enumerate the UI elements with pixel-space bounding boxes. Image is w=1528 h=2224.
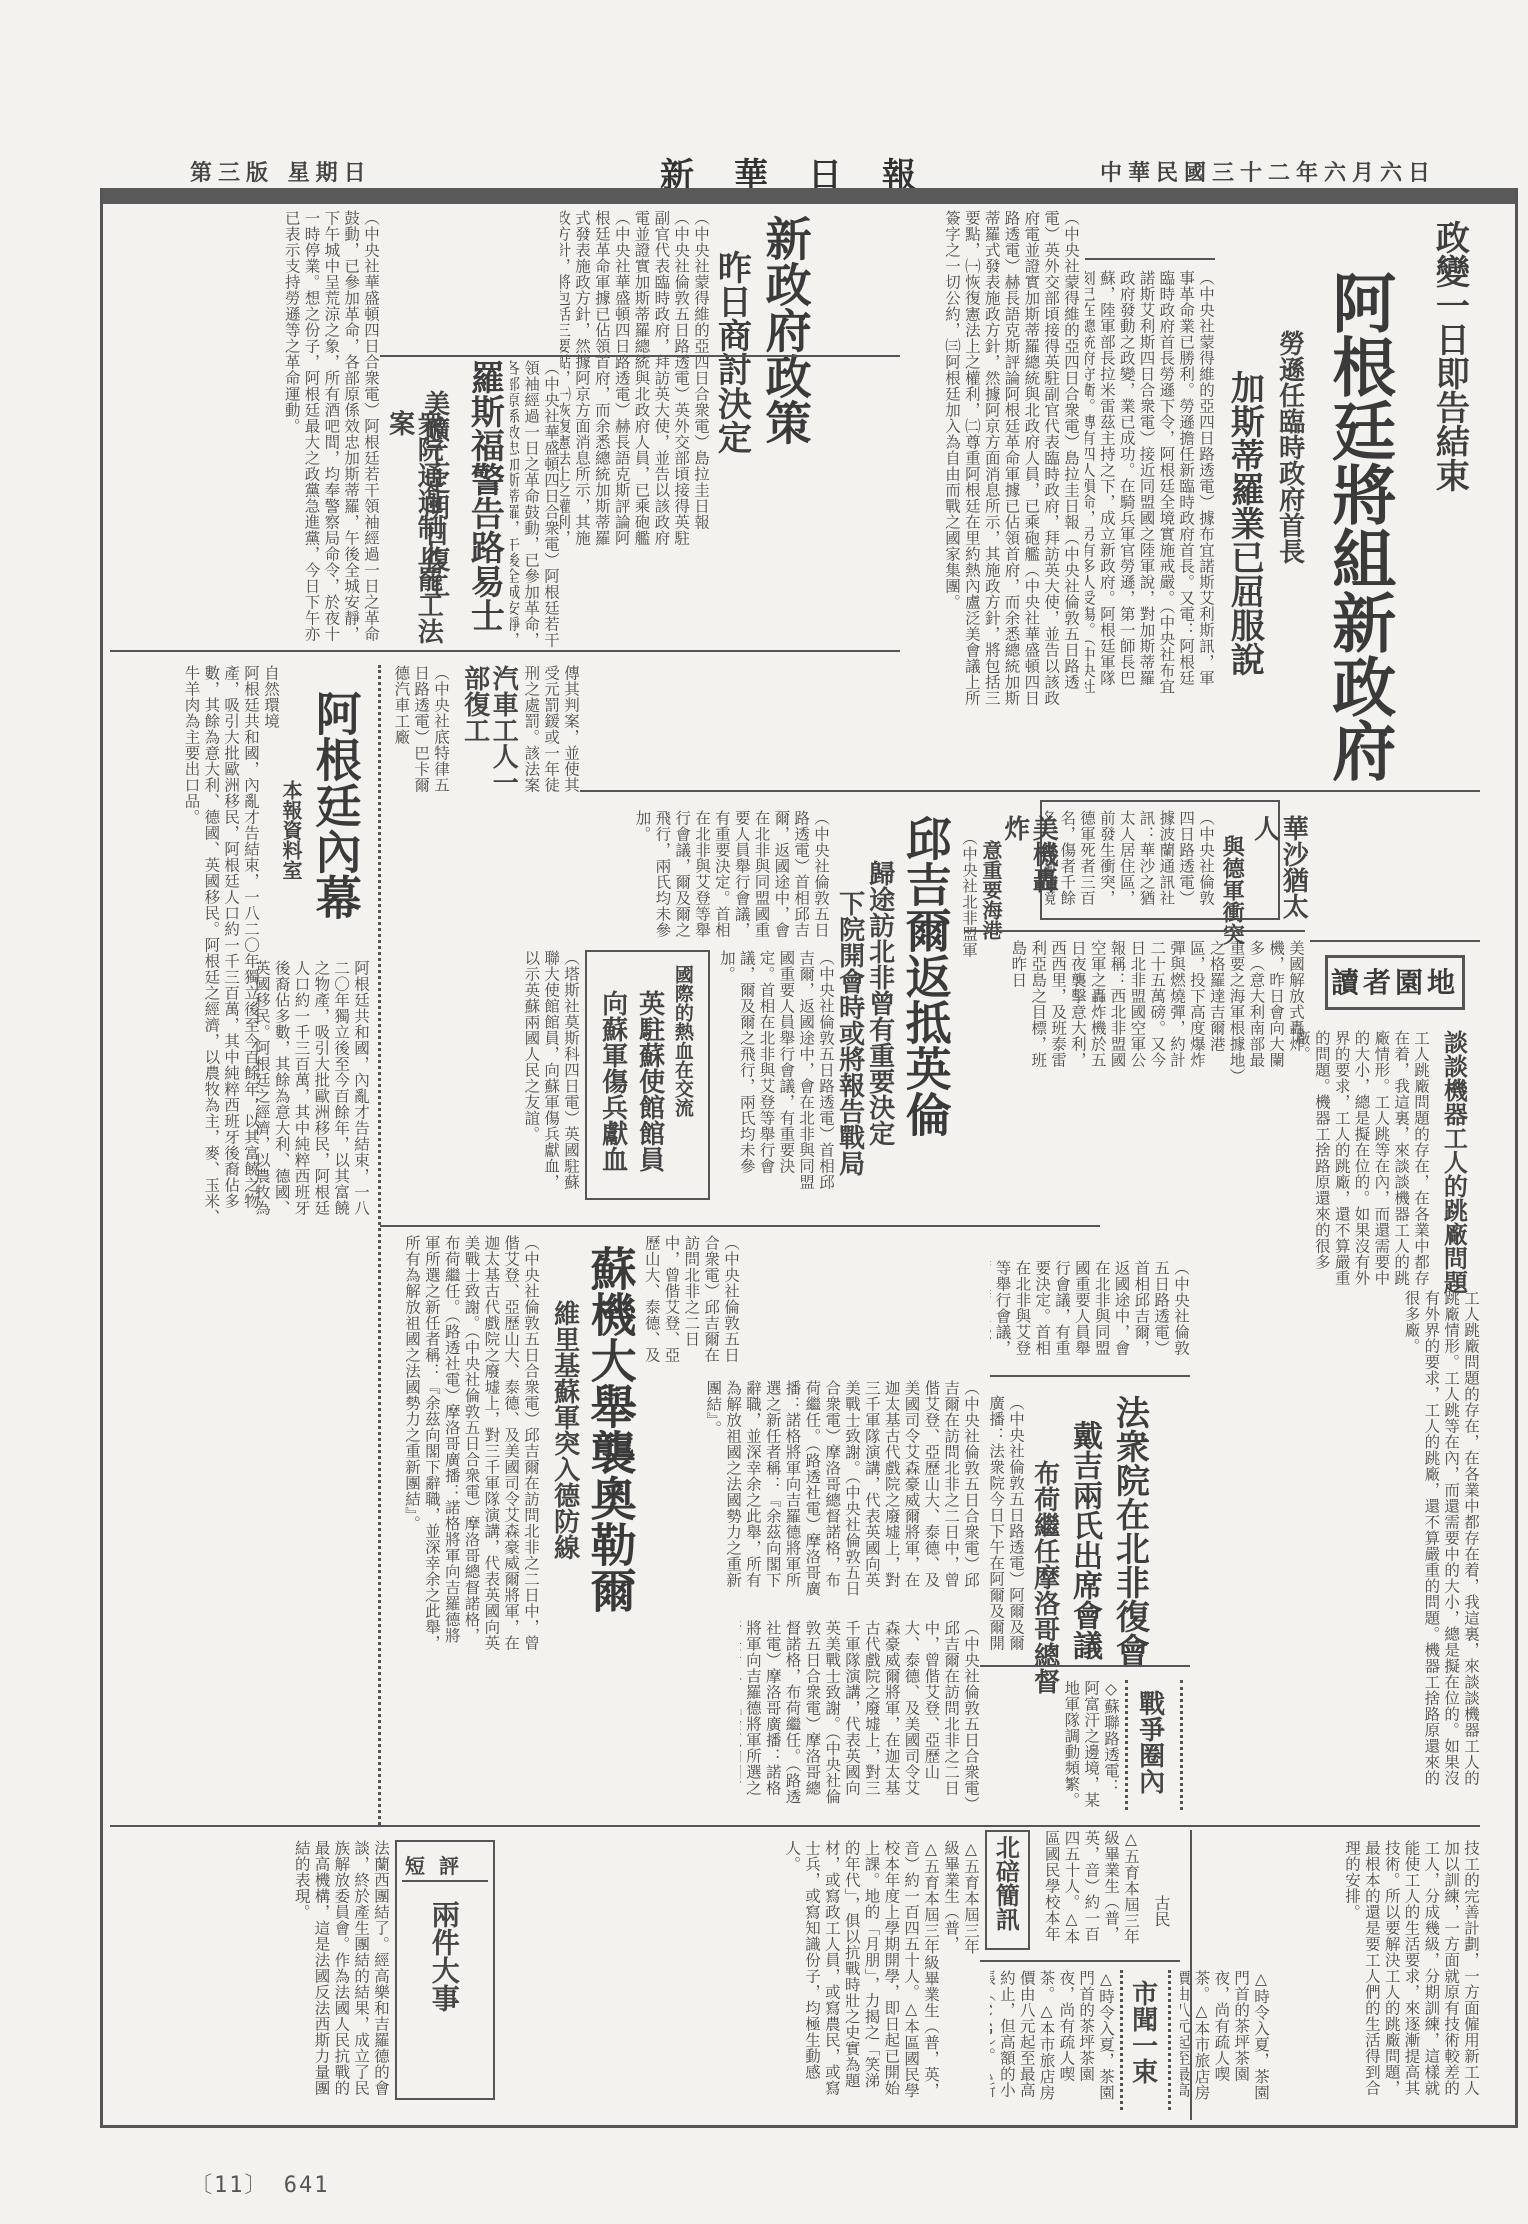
- divider: [110, 650, 900, 652]
- auto-dateline: （中央社底特律五日路透電）巴卡爾德汽車工廠: [395, 665, 450, 805]
- market-column-title: 市聞一束: [1128, 1980, 1157, 2110]
- beibei-body-cont: △五育本屆三年級畢業生（普，英，音）約一百四五十人。△本區國民學校本年度上學期開…: [1040, 1830, 1140, 1950]
- publication-date: 中華民國三十二年六月六日: [1100, 156, 1436, 187]
- divider: [380, 355, 900, 357]
- inside-byline: 本報資料室: [280, 780, 302, 940]
- beibei-body: △五育本屆三年級畢業生（普，英，音）約一百四五十人。△本區國民學校本年度上學期開…: [940, 1840, 980, 1960]
- commentary-label: 短評: [405, 1850, 473, 1879]
- soviet-body-left: （中央社倫敦五日合衆電）邱吉爾在訪問北非之二日中，曾偕艾登、亞歷山大、泰德、及美…: [390, 1235, 540, 1655]
- roosevelt-body: （中央社華盛頓四日合衆電）阿根廷若干領袖經過一日之革命鼓動，已參加革命，各部原係…: [510, 360, 560, 650]
- churchill-deck-1: 歸途訪北非曾有重要決定: [865, 860, 894, 1160]
- churchill-body-end: （中央社倫敦五日路透電）首相邱吉爾，返國途中，會在北非與同盟國重要人員舉行會議，…: [990, 1260, 1190, 1370]
- soviet-deck: 維里基蘇軍突入德防線: [550, 1300, 579, 1600]
- inside-body-cont: 阿根廷共和國，內亂才告結束，一八二〇年獨立後至今百餘年，以其富饒之物產，吸引大批…: [250, 960, 370, 1230]
- divider: [402, 1880, 488, 1882]
- inside-sidebar: 自然環境: [262, 665, 280, 755]
- french-headline: 法衆院在北非復會: [1110, 1395, 1147, 1715]
- auto-body: 傳其判案，並使其受元罰鍰或一年徒刑之處罰。該法案並禁止以工會之基金支持罷工者。: [520, 665, 580, 805]
- main-headline: 阿根廷將組新政府: [1325, 270, 1392, 790]
- column-border: [1120, 1970, 1126, 2110]
- international-deck: 向蘇軍傷兵獻血: [598, 990, 627, 1190]
- warsaw-body: （中央社倫敦四日路透電）據波蘭通訊社訊：華沙之猶太人居住區，前發生衝突，德軍死者…: [1045, 810, 1215, 915]
- roosevelt-deck-2: 衆院通過制止罷工法案: [385, 410, 442, 650]
- divider: [110, 1825, 1480, 1827]
- soviet-body-top: （中央社倫敦五日合衆電）邱吉爾在訪問北非之二日中，曾偕艾登、亞歷山大、泰德、及美…: [640, 1235, 740, 1375]
- churchill-deck-2: 下院開會時或將報告戰局: [835, 890, 864, 1190]
- churchill-body-cont: （中央社倫敦五日路透電）首相邱吉爾，返國途中，會在北非與同盟國重要人員舉行會議，…: [715, 950, 835, 1200]
- commentary-headline: 兩件大事: [428, 1900, 459, 2090]
- divider: [980, 1960, 1180, 1962]
- misc-news-body: △五育本屆三年級畢業生（普，英，音）約一百四五十人。△本區國民學校本年度上學期開…: [500, 1840, 940, 2100]
- policy-body-left: （中央社蒙得維的亞四日合衆電）島拉圭日報（中央社倫敦五日路透電）英外交部頃接得英…: [560, 210, 710, 560]
- inside-headline: 阿根廷內幕: [310, 690, 361, 950]
- french-body: （中央社倫敦五日路透電）阿爾及爾廣播：法衆院今日下午在阿爾及爾開會，商討組新政府…: [990, 1395, 1025, 1655]
- divider: [980, 1665, 1190, 1667]
- divider: [1085, 258, 1215, 260]
- readers-body-cont: 工人跳廠問題的存在，在各業中都存在着，我這裏，來談談機器工人的跳廠情形。工人跳等…: [1200, 1290, 1480, 1800]
- readers-body: 工人跳廠問題的存在，在各業中都存在着，我這裏，來談談機器工人的跳廠情形。工人跳等…: [1100, 1030, 1430, 1290]
- column-border: [1180, 1680, 1186, 1810]
- divider: [990, 1375, 1190, 1377]
- main-body: （中央社蒙得維的亞四日路透電）據布宜諾斯艾利斯訊，軍事革命業已勝利。勞遜擔任新臨…: [1085, 270, 1215, 700]
- readers-column-title: 讀者園地: [1328, 958, 1462, 1008]
- divider: [580, 790, 1480, 792]
- warsaw-deck: 與德軍衝突: [1220, 835, 1244, 945]
- main-deck-2: 加斯蒂羅業已屈服說: [1225, 370, 1262, 730]
- roosevelt-body-cont: （中央社華盛頓四日合衆電）阿根廷若干領袖經過一日之革命鼓動，已參加革命，各部原係…: [110, 210, 380, 650]
- commentary-body: 法蘭西團結了。經高樂和吉羅德的會談，終於產生團結的結果，成立了民族解放委員會。作…: [110, 1840, 390, 2100]
- inside-body: 阿根廷共和國，內亂才告結束，一八二〇年獨立後至今百餘年，以其富饒之物產，吸引大批…: [110, 665, 260, 1225]
- edition-info: 第三版 星期日: [190, 156, 372, 187]
- policy-deck: 昨日商討決定: [712, 250, 749, 510]
- soviet-body: （中央社倫敦五日合衆電）邱吉爾在訪問北非之二日中，曾偕艾登、亞歷山大、泰德、及美…: [640, 1380, 980, 1600]
- divider: [965, 930, 1305, 932]
- column-border: [1168, 1970, 1174, 2110]
- french-deck-1: 戴吉兩氏出席會議: [1068, 1420, 1101, 1690]
- churchill-headline: 邱吉爾返抵英倫: [900, 815, 951, 1145]
- main-deck-1: 勞遜任臨時政府首長: [1275, 330, 1304, 650]
- war-notes-column-title: 戰爭圈內: [1135, 1690, 1164, 1810]
- soviet-body-cont: （中央社倫敦五日合衆電）邱吉爾在訪問北非之二日中，曾偕艾登、亞歷山大、泰德、及美…: [740, 1620, 980, 1810]
- masthead: 第三版 星期日 新華日報 中華民國三十二年六月六日: [0, 148, 1528, 188]
- auto-headline: 汽車工人一部復工: [460, 665, 517, 805]
- soviet-headline: 蘇機大舉襲奧勒爾: [585, 1245, 636, 1625]
- international-kicker: 國際的熱血在交流: [672, 965, 693, 1135]
- workers-body: 技工的完善計劃，一方面僱用新工人加以訓練，一方面就原有技術較差的工人，分成幾級，…: [1200, 1840, 1480, 2110]
- warsaw-headline: 華沙猶太人: [1250, 815, 1307, 935]
- war-notes-body: ◇蘇聯路透電：阿富汗之邊境，某地軍隊調動頻繁。: [990, 1680, 1120, 1810]
- beibei-author: 古民: [1150, 1895, 1173, 1927]
- market-body-cont: △時令入夏，茶園門首的茶坪茶園夜，尚有疏人喫茶。△本市旅店房價由八元起至最高約止…: [990, 1970, 1115, 2110]
- divider: [380, 1225, 1100, 1227]
- beibei-column-title: 北碚簡訊: [992, 1835, 1018, 1945]
- page-reference: 〔11〕 641: [190, 2168, 329, 2199]
- column-border: [378, 665, 384, 1825]
- main-kicker: 政變一日即告結束: [1430, 220, 1467, 600]
- divider: [1310, 940, 1480, 942]
- international-headline: 英駐蘇使館館員: [635, 990, 664, 1190]
- policy-headline: 新政府政策: [760, 215, 811, 545]
- column-rule: [1190, 1830, 1192, 2120]
- policy-body-right: （中央社蒙得維的亞四日合衆電）島拉圭日報（中央社倫敦五日路透電）英外交部頃接得英…: [820, 210, 1080, 710]
- column-border: [1125, 1680, 1131, 1810]
- readers-column-box: 讀者園地: [1325, 955, 1465, 1010]
- french-deck-2: 布荷繼任摩洛哥總督: [1030, 1460, 1059, 1700]
- bombing-headline: 美機轟炸: [1000, 815, 1057, 915]
- churchill-body: （中央社倫敦五日路透電）首相邱吉爾，返國途中，會在北非與同盟國重要人員舉行會議，…: [590, 810, 830, 950]
- roosevelt-headline: 羅斯福警告路易士: [465, 360, 502, 680]
- international-body: （塔斯社莫斯科四日電）英國駐蘇聯大使館館員，向蘇軍傷兵獻血，以示英蘇兩國人民之友…: [390, 950, 580, 1200]
